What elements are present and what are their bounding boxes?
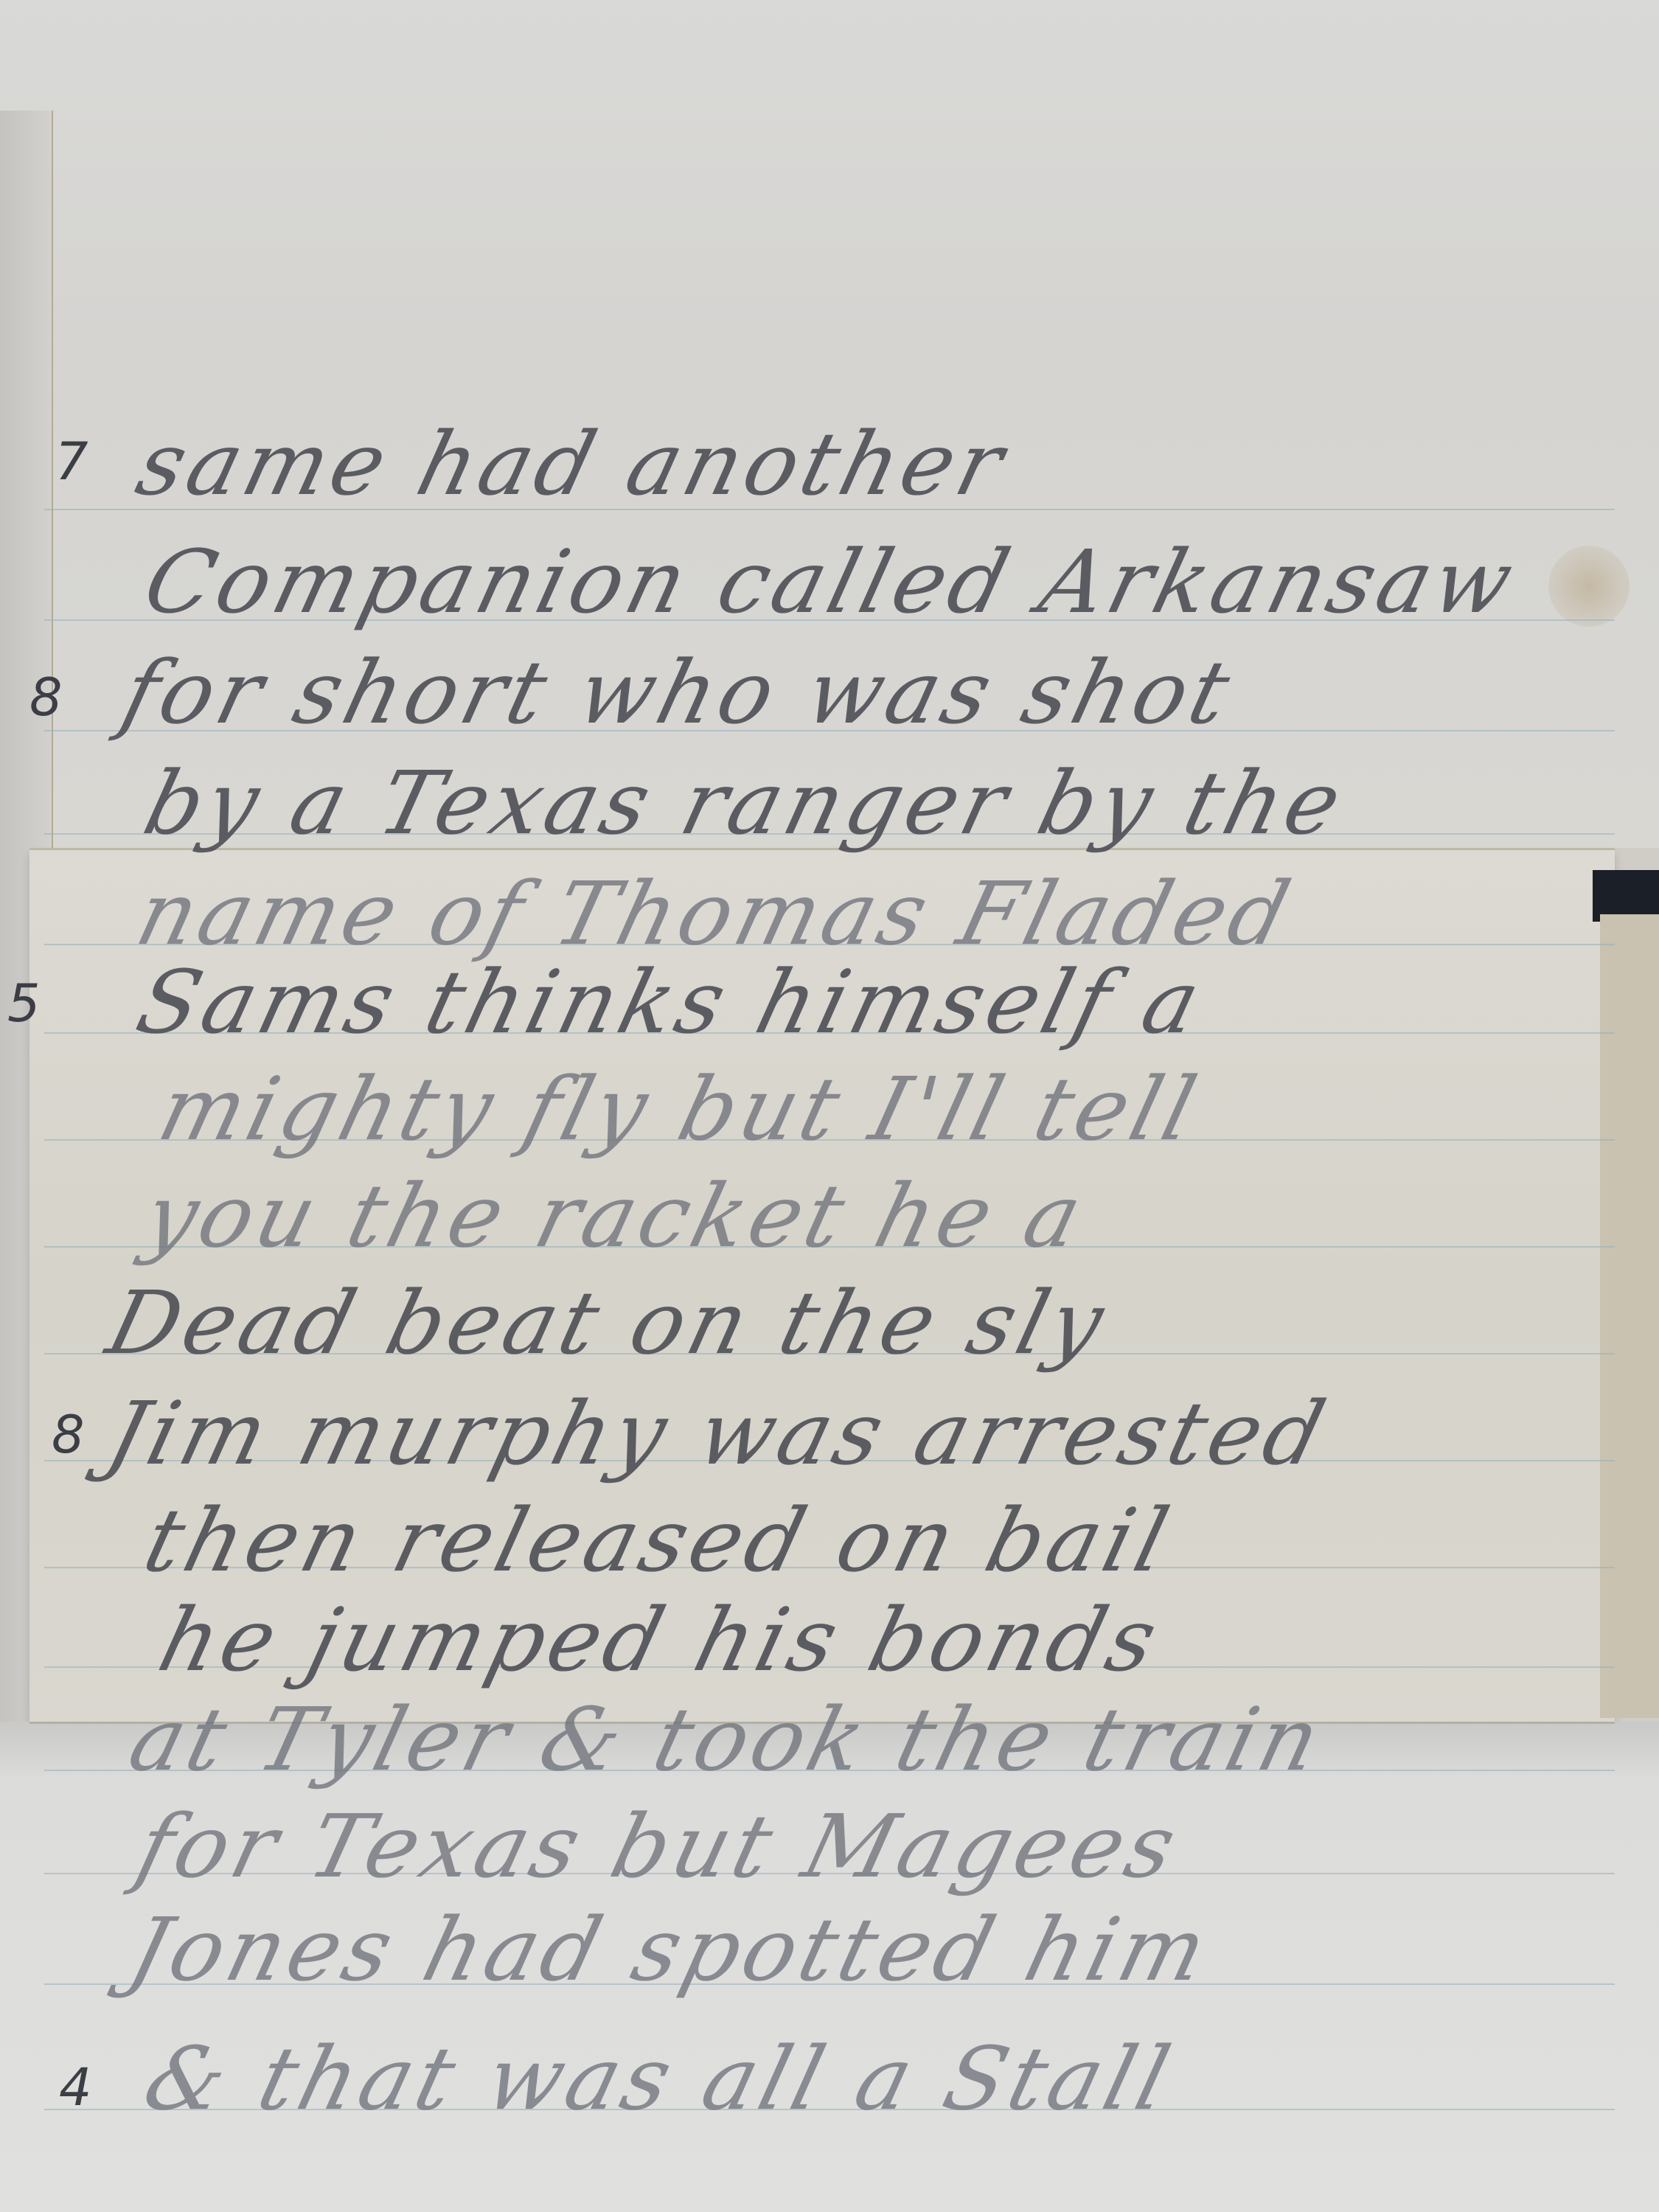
handwritten-line: at Tyler & took the train [120,1688,1334,1790]
handwritten-line: Companion called Arkansaw [135,531,1527,633]
margin-number: 5 [7,973,41,1034]
handwritten-line: name of Thomas Fladed [128,863,1304,964]
handwritten-line: Jones had spotted him [120,1899,1221,2000]
margin-number: 8 [52,1405,85,1465]
margin-number: 8 [29,667,63,728]
letter-photo: 7 8 5 8 4 same had another Companion cal… [0,0,1659,2212]
handwritten-line: then released on bail [135,1489,1183,1591]
margin-number: 4 [59,2057,92,2118]
handwritten-line: mighty fly but I'll tell [150,1058,1210,1160]
underlying-page-strip [1600,914,1659,1718]
handwritten-line: same had another [128,413,1018,515]
margin-number: 7 [55,431,88,492]
handwritten-line: for Texas but Magees [128,1795,1190,1897]
handwritten-line: Dead beat on the sly [98,1272,1118,1374]
handwritten-line: you the racket he a [135,1165,1096,1267]
paper-stain [1548,546,1630,627]
handwritten-line: Sams thinks himself a [128,951,1214,1053]
handwritten-line: for short who was shot [113,641,1244,743]
handwritten-line: he jumped his bonds [150,1589,1171,1691]
handwritten-line: & that was all a Stall [135,2028,1183,2129]
handwritten-line: Jim murphy was arrested [98,1382,1339,1484]
handwritten-line: by a Texas ranger by the [135,752,1355,854]
